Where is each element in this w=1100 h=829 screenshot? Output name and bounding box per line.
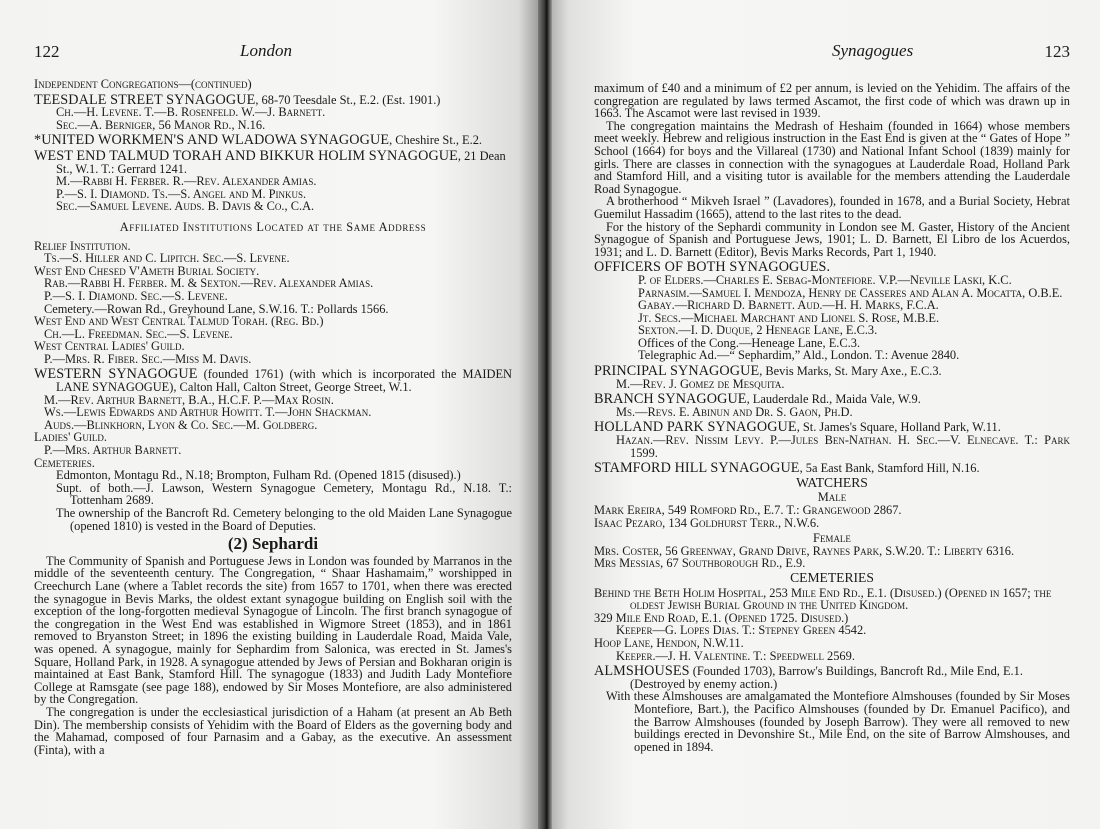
- officers-list: P. of Elders.—Charles E. Sebag-Montefior…: [594, 274, 1070, 362]
- running-header: Synagogues 123: [594, 38, 1070, 64]
- affiliated-title: West End and West Central Talmud Torah. …: [34, 315, 512, 328]
- body-paragraph: The congregation is under the ecclesiast…: [34, 706, 512, 756]
- officer-line: Ch.—H. Levene. T.—B. Rosenfeld. W.—J. Ba…: [56, 106, 512, 119]
- entry-officers: M.—Rabbi H. Ferber. R.—Rev. Alexander Am…: [34, 175, 512, 213]
- running-title: London: [240, 41, 292, 61]
- entry-united-workmens: *UNITED WORKMEN'S AND WLADOWA SYNAGOGUE,…: [34, 134, 512, 147]
- cemetery-keeper: Keeper.—J. H. Valentine. T.: Speedwell 2…: [594, 650, 1070, 663]
- entry-name: *UNITED WORKMEN'S AND WLADOWA SYNAGOGUE: [34, 132, 389, 148]
- officer-line: Ws.—Lewis Edwards and Arthur Howitt. T.—…: [44, 406, 512, 419]
- page-number: 123: [1045, 42, 1071, 62]
- entry-principal-synagogue: PRINCIPAL SYNAGOGUE, Bevis Marks, St. Ma…: [594, 365, 1070, 378]
- affiliated-line: P.—Mrs. R. Fiber. Sec.—Miss M. Davis.: [34, 353, 512, 366]
- almshouses-note: With these Almshouses are amalgamated th…: [594, 690, 1070, 753]
- cemetery-title: Behind the Beth Holim Hospital, 253 Mile…: [594, 587, 1070, 612]
- cemetery-line: Supt. of both.—J. Lawson, Western Synago…: [34, 482, 512, 507]
- entry-almshouses: ALMSHOUSES (Founded 1703), Barrow's Buil…: [594, 665, 1070, 690]
- body-paragraph: The congregation maintains the Medrash o…: [594, 120, 1070, 196]
- entry-address: (Founded 1703), Barrow's Buildings, Banc…: [630, 664, 1023, 691]
- entry-west-end-talmud-torah: WEST END TALMUD TORAH AND BIKKUR HOLIM S…: [34, 150, 512, 175]
- entry-address: , Bevis Marks, St. Mary Axe., E.C.3.: [759, 364, 941, 378]
- cemetery-line: Edmonton, Montagu Rd., N.18; Brompton, F…: [34, 469, 512, 482]
- body-paragraph: For the history of the Sephardi communit…: [594, 221, 1070, 259]
- entry-name: STAMFORD HILL SYNAGOGUE: [594, 460, 800, 476]
- watcher-line: Mark Ereira, 549 Romford Rd., E.7. T.: G…: [594, 504, 1070, 517]
- section-heading: (2) Sephardi: [34, 538, 512, 551]
- officer-line: M.—Rev. J. Gomez de Mesquita.: [594, 378, 1070, 391]
- officer-line: Auds.—Blinkhorn, Lyon & Co. Sec.—M. Gold…: [44, 419, 512, 432]
- affiliated-heading: Affiliated Institutions Located at the S…: [34, 221, 512, 234]
- entry-stamford-hill-synagogue: STAMFORD HILL SYNAGOGUE, 5a East Bank, S…: [594, 462, 1070, 475]
- book-spread: 122 London Independent Congregations—(co…: [0, 0, 1100, 829]
- affiliated-line: Ts.—S. Hiller and C. Lipitch. Sec.—S. Le…: [34, 252, 512, 265]
- watcher-line: Mrs Messias, 67 Southborough Rd., E.9.: [594, 557, 1070, 570]
- running-header: 122 London: [34, 38, 512, 64]
- officer-line: Telegraphic Ad.—“ Sephardim,” Ald., Lond…: [616, 349, 1070, 362]
- officer-line: Sec.—Samuel Levene. Auds. B. Davis & Co.…: [56, 200, 512, 213]
- entry-officers: Ch.—H. Levene. T.—B. Rosenfeld. W.—J. Ba…: [34, 106, 512, 131]
- entry-western-synagogue: WESTERN SYNAGOGUE (founded 1761) (with w…: [34, 368, 512, 393]
- body-paragraph: A brotherhood “ Mikveh Israel ” (Lavador…: [594, 195, 1070, 220]
- officer-line: Sec.—A. Berniger, 56 Manor Rd., N.16.: [56, 119, 512, 132]
- officer-line: M.—Rabbi H. Ferber. R.—Rev. Alexander Am…: [56, 175, 512, 188]
- affiliated-line: P.—S. I. Diamond. Sec.—S. Levene.: [34, 290, 512, 303]
- officer-line: Ms.—Revs. E. Abinun and Dr. S. Gaon, Ph.…: [594, 406, 1070, 419]
- page-number: 122: [34, 42, 60, 62]
- officer-line: Sexton.—I. D. Duque, 2 Heneage Lane, E.C…: [616, 324, 1070, 337]
- watchers-heading: WATCHERS: [594, 477, 1070, 490]
- body-paragraph: The Community of Spanish and Portuguese …: [34, 555, 512, 706]
- entry-officers: M.—Rev. Arthur Barnett, B.A., H.C.F. P.—…: [34, 394, 512, 432]
- entry-branch-synagogue: BRANCH SYNAGOGUE, Lauderdale Rd., Maida …: [594, 393, 1070, 406]
- officer-line: P. of Elders.—Charles E. Sebag-Montefior…: [616, 274, 1070, 287]
- officer-line: Gabay.—Richard D. Barnett. Aud.—H. H. Ma…: [616, 299, 1070, 312]
- section-continued: Independent Congregations—(continued): [34, 78, 512, 91]
- body-paragraph: maximum of £40 and a minimum of £2 per a…: [594, 82, 1070, 120]
- cemetery-line: The ownership of the Bancroft Rd. Cemete…: [34, 507, 512, 532]
- female-heading: Female: [594, 532, 1070, 545]
- page-body: maximum of £40 and a minimum of £2 per a…: [594, 82, 1070, 753]
- page-body: Independent Congregations—(continued) TE…: [34, 78, 512, 756]
- cemetery-title: Hoop Lane, Hendon, N.W.11.: [594, 637, 1070, 650]
- right-page: Synagogues 123 maximum of £40 and a mini…: [552, 0, 1100, 829]
- affiliated-title: West Central Ladies' Guild.: [34, 340, 512, 353]
- cemeteries-heading: CEMETERIES: [594, 572, 1070, 585]
- watcher-line: Isaac Pezaro, 134 Goldhurst Terr., N.W.6…: [594, 517, 1070, 530]
- entry-address: , 5a East Bank, Stamford Hill, N.16.: [800, 461, 980, 475]
- running-title: Synagogues: [832, 41, 913, 61]
- entry-address: , Cheshire St., E.2.: [389, 133, 482, 147]
- left-page: 122 London Independent Congregations—(co…: [0, 0, 540, 829]
- officer-line: Hazan.—Rev. Nissim Levy. P.—Jules Ben-Na…: [594, 434, 1070, 459]
- ladies-guild-line: P.—Mrs. Arthur Barnett.: [34, 444, 512, 457]
